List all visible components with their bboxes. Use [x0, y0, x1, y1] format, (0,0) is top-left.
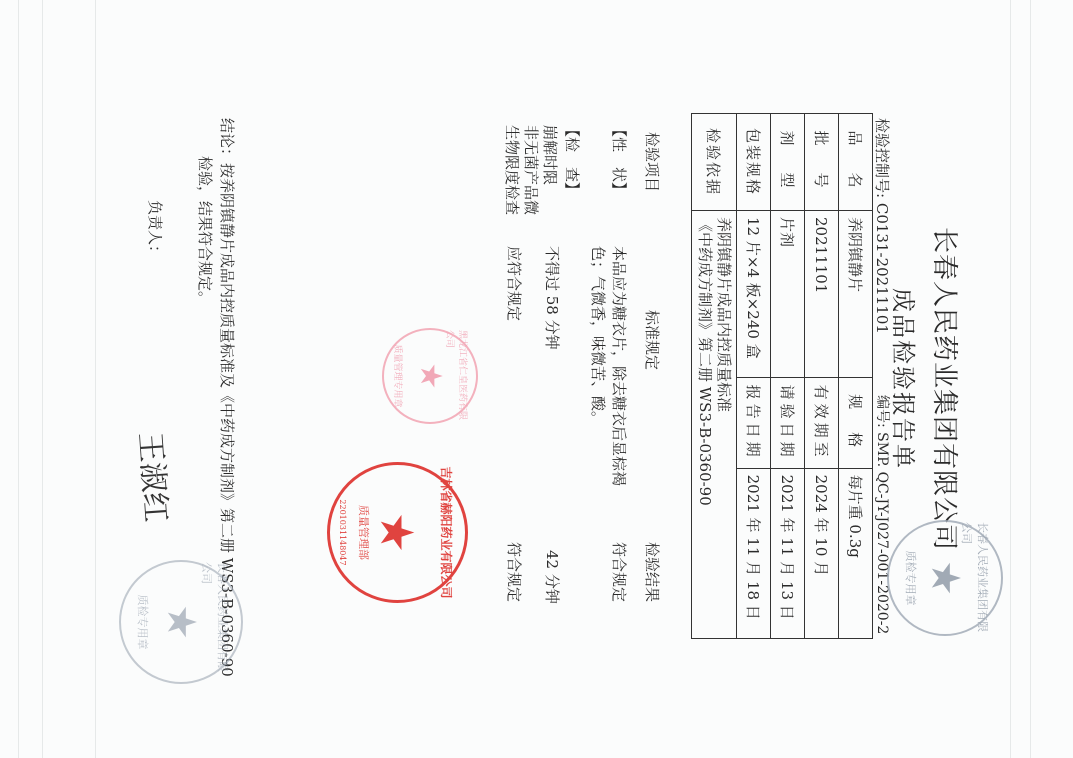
appearance-result: 符合规定 [609, 542, 630, 602]
header-result: 检验结果 [642, 542, 663, 602]
control-number: 检验控制号: C0131-20211101 [872, 118, 893, 334]
batch-label: 批 号 [805, 114, 839, 211]
row-item: 非无菌产品微 [521, 125, 542, 215]
batch-value: 20211101 [805, 211, 839, 378]
star-icon: ★ [161, 604, 201, 640]
stamp-text: 长春人民药业集团有限公司 [959, 522, 991, 634]
control-number-value: C0131-20211101 [873, 203, 891, 334]
stamp-subtext: 质检专用章 [135, 595, 151, 650]
package-label: 包装规格 [737, 114, 771, 211]
supplier-pink-stamp: ★ 黑龙江省仁皇医药有限公司 质量管理专用章 [382, 328, 478, 424]
stamp-text: 长春人民药业集团有限公司 [199, 562, 231, 682]
stamp-text: 黑龙江省仁皇医药有限公司 [444, 330, 470, 422]
control-number-label: 检验控制号: [873, 118, 891, 198]
expiry-label: 有效期至 [805, 377, 839, 468]
product-name-value: 养阴镇静片 [839, 211, 873, 378]
product-info-table: 品 名 养阴镇静片 规 格 每片重 0.3g 批 号 20211101 有效期至… [691, 113, 873, 639]
report-date-label: 报告日期 [737, 377, 771, 468]
company-name: 长春人民药业集团有限公司 [928, 0, 965, 758]
appearance-section: 【性 状】 [609, 122, 630, 197]
company-qc-stamp-2: ★ 长春人民药业集团有限公司 质检专用章 [119, 560, 243, 684]
inspection-report-page: 长春人民药业集团有限公司 成品检验报告单 检验控制号: C0131-202111… [0, 0, 1073, 758]
signature: 王淑红 [131, 431, 181, 524]
basis-line-2: 《中药成方制剂》第二册 WS3-B-0360-90 [695, 217, 714, 632]
row-result: 符合规定 [504, 542, 525, 602]
document-number-label: 编号: [874, 395, 890, 428]
stamp-subtext: 质检专用章 [903, 551, 919, 606]
star-icon: ★ [415, 363, 445, 390]
row-item: 生物限度检查 [502, 125, 523, 215]
row-standard: 不得过 58 分钟 [542, 246, 563, 350]
table-row: 包装规格 12 片×4 板×240 盒 报告日期 2021 年 11 月 18 … [737, 114, 771, 639]
row-item: 崩解时限 [540, 125, 561, 185]
appearance-standard-2: 色；气微香，味微苦、酸。 [588, 246, 609, 426]
stamp-code: 2201031148047 [338, 499, 347, 565]
company-qc-stamp: ★ 长春人民药业集团有限公司 质检专用章 [887, 520, 1003, 636]
basis-line-1: 养阴镇静片成品内控质量标准 [714, 217, 733, 632]
package-value: 12 片×4 板×240 盒 [737, 211, 771, 378]
request-date-label: 请验日期 [771, 377, 805, 468]
product-name-label: 品 名 [839, 114, 873, 211]
request-date-value: 2021 年 11 月 13 日 [771, 468, 805, 638]
basis-label: 检验依据 [692, 114, 737, 211]
star-icon: ★ [375, 512, 421, 553]
dosage-form-label: 剂 型 [771, 114, 805, 211]
spec-label: 规 格 [839, 377, 873, 468]
header-item: 检验项目 [642, 132, 663, 192]
row-standard: 应符合规定 [504, 246, 525, 321]
table-row: 剂 型 片剂 请验日期 2021 年 11 月 13 日 [771, 114, 805, 639]
expiry-value: 2024 年 10 月 [805, 468, 839, 638]
appearance-standard-1: 本品应为糖衣片，除去糖衣后显棕褐 [609, 246, 630, 486]
stamp-subtext: 质量管理专用章 [392, 344, 405, 407]
stamp-subtext: 质量管理部 [356, 505, 372, 560]
document-number-value: SMP. QC-JY-J027-001-2020-2 [874, 432, 890, 634]
report-title: 成品检验报告单 [888, 0, 923, 758]
row-result: 42 分钟 [542, 550, 563, 604]
stamp-text: 吉林省赫阳药业有限公司 [438, 466, 455, 598]
table-row: 检验依据 养阴镇静片成品内控质量标准 《中药成方制剂》第二册 WS3-B-036… [692, 114, 737, 639]
header-standard: 标准规定 [642, 310, 663, 370]
basis-value: 养阴镇静片成品内控质量标准 《中药成方制剂》第二册 WS3-B-0360-90 [692, 211, 737, 639]
supplier-red-stamp: ★ 吉林省赫阳药业有限公司 质量管理部 2201031148047 [327, 462, 468, 603]
table-row: 品 名 养阴镇静片 规 格 每片重 0.3g [839, 114, 873, 639]
report-date-value: 2021 年 11 月 18 日 [737, 468, 771, 638]
table-row: 批 号 20211101 有效期至 2024 年 10 月 [805, 114, 839, 639]
responsible-label: 负责人： [145, 200, 166, 260]
spec-value: 每片重 0.3g [839, 468, 873, 638]
check-section: 【检 查】 [562, 122, 583, 197]
dosage-form-value: 片剂 [771, 211, 805, 378]
